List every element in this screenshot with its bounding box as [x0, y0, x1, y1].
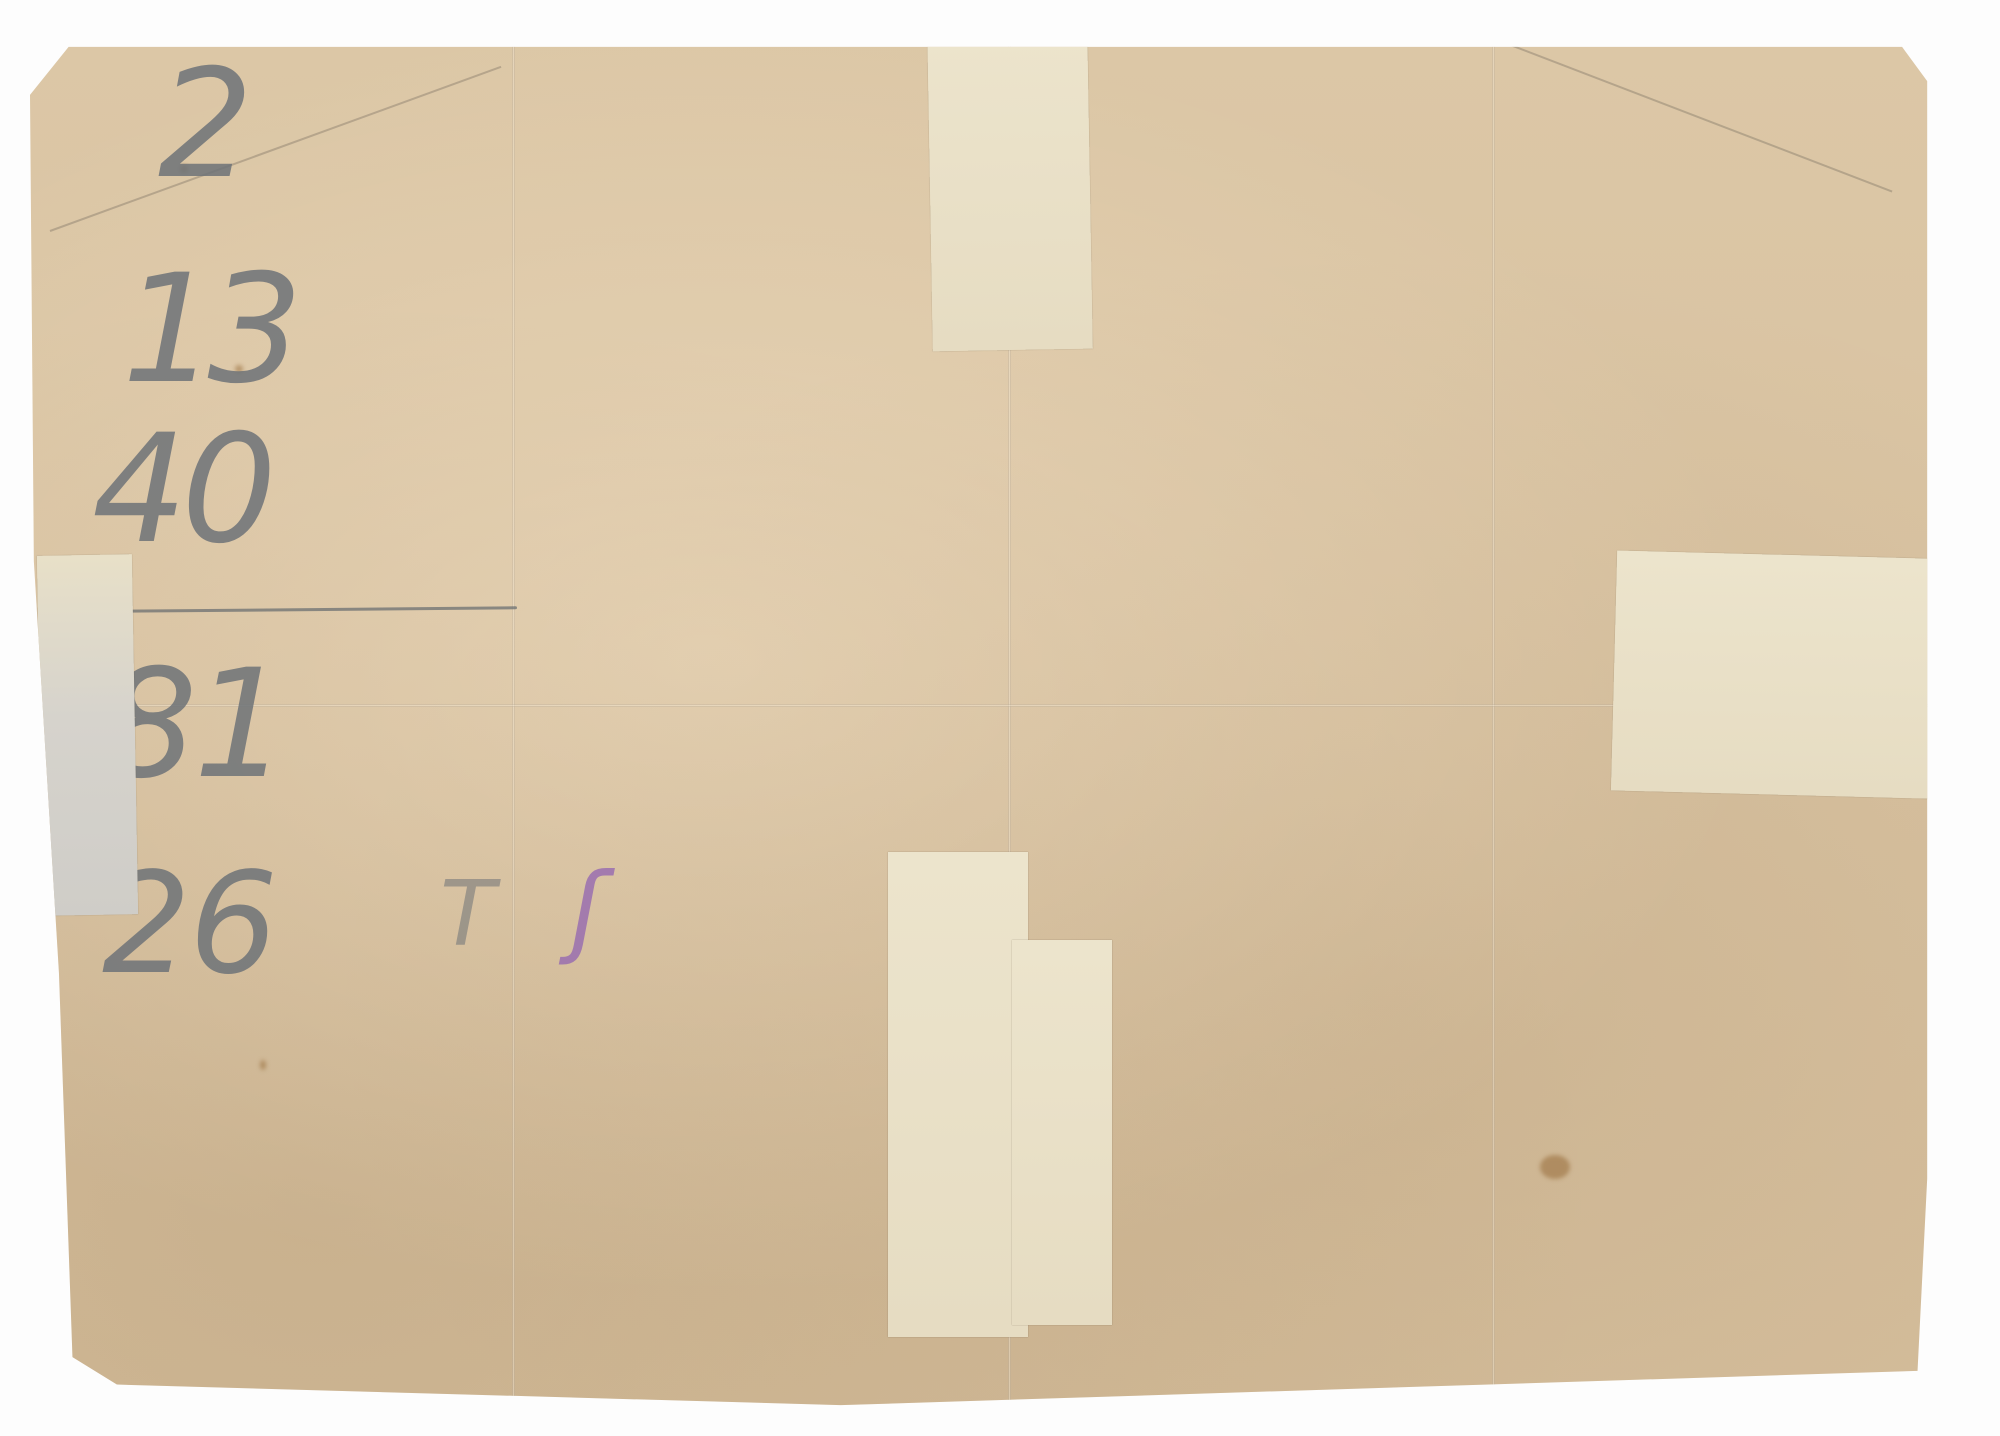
fold-line-vertical-1: [512, 40, 515, 1412]
stain-spot: [260, 1060, 266, 1070]
corner-fold-line-right: [1500, 40, 1893, 192]
handwritten-purple-mark: ʃ: [570, 860, 604, 960]
handwritten-number-13: 13: [122, 255, 293, 405]
sum-line: [122, 606, 517, 612]
corner-fold-line-left: [50, 66, 502, 232]
paper-sheet: 2 13 40 81 26 T ʃ: [30, 40, 1960, 1412]
tape-piece-top-center: [927, 29, 1093, 352]
stain-spot: [1540, 1155, 1570, 1179]
fold-line-vertical-3: [1492, 40, 1495, 1412]
tape-piece-left-edge: [37, 554, 138, 916]
handwritten-number-40: 40: [92, 415, 271, 565]
tape-piece-bottom-left: [888, 852, 1028, 1337]
tape-piece-right-middle: [1611, 550, 1967, 799]
tape-piece-bottom-right: [1012, 940, 1112, 1325]
handwritten-number-2: 2: [158, 50, 253, 200]
handwritten-pencil-mark: T: [440, 870, 495, 960]
